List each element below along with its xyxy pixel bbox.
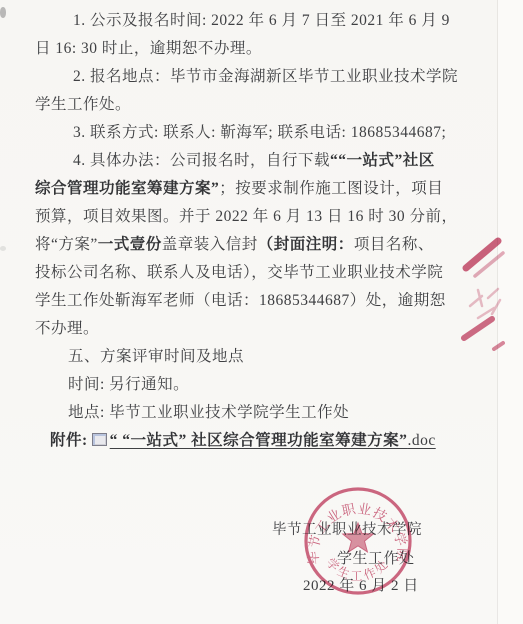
seal-bottom-text: 学生工作处 <box>323 555 392 583</box>
body-text: 五、方案评审时间及地点 <box>68 348 244 365</box>
document-line: 1. 公示及报名时间: 2022 年 6 月 7 日至 2021 年 6 月 9 <box>35 7 483 35</box>
body-text: 时间: 另行通知。 <box>68 376 189 393</box>
body-text: 投标公司名称、联系人及电话），交毕节工业职业技术学院 <box>35 264 443 281</box>
body-text: 3. 联系方式: 联系人: 靳海军; 联系电话: 18685344687; <box>73 124 446 141</box>
document-line: 综合管理功能室筹建方案”；按要求制作施工图设计，项目 <box>35 175 483 203</box>
document-line: 2. 报名地点：毕节市金海湖新区毕节工业职业技术学院 <box>35 63 483 91</box>
body-text: ；按要求制作施工图设计，项目 <box>219 180 443 197</box>
document-line: 地点: 毕节工业职业技术学院学生工作处 <box>35 399 483 427</box>
seal-star-icon <box>343 523 373 552</box>
attachment-line: 附件:“ “一站式” 社区综合管理功能室筹建方案”.doc <box>35 427 483 455</box>
section-heading: 五、方案评审时间及地点 <box>35 343 483 371</box>
svg-text:学生工作处: 学生工作处 <box>323 555 392 583</box>
body-text-bold: ““一站式”社区 <box>330 152 435 169</box>
attachment-label: 附件: <box>50 432 88 449</box>
partial-edge-seal <box>458 222 516 354</box>
body-text: 2. 报名地点：毕节市金海湖新区毕节工业职业技术学院 <box>73 68 458 85</box>
document-line: 3. 联系方式: 联系人: 靳海军; 联系电话: 18685344687; <box>35 119 483 147</box>
body-text: 学生工作处。 <box>35 96 131 113</box>
body-text: 不办理。 <box>35 320 99 337</box>
body-text: 盖章装入信封 <box>162 236 258 253</box>
body-text-bold: （封面注明： <box>258 236 354 253</box>
body-text: 预算，项目效果图。并于 2022 年 6 月 13 日 16 时 30 分前， <box>35 208 458 225</box>
document-line: 投标公司名称、联系人及电话），交毕节工业职业技术学院 <box>35 259 483 287</box>
scanned-document-page: 1. 公示及报名时间: 2022 年 6 月 7 日至 2021 年 6 月 9… <box>0 0 523 624</box>
body-text: 学生工作处靳海军老师（电话：18685344687）处，逾期恕 <box>35 292 446 309</box>
document-line: 日 16: 30 时止，逾期恕不办理。 <box>35 35 483 63</box>
body-text: 地点: 毕节工业职业技术学院学生工作处 <box>68 404 349 421</box>
attachment-extension: .doc <box>407 432 435 449</box>
document-line: 预算，项目效果图。并于 2022 年 6 月 13 日 16 时 30 分前， <box>35 203 483 231</box>
body-text: 项目名称、 <box>354 236 434 253</box>
body-text: 日 16: 30 时止，逾期恕不办理。 <box>35 40 262 57</box>
document-line: 4. 具体办法：公司报名时，自行下载““一站式”社区 <box>35 147 483 175</box>
body-text-bold: 综合管理功能室筹建方案” <box>35 180 219 197</box>
document-line: 学生工作处靳海军老师（电话：18685344687）处，逾期恕 <box>35 287 483 315</box>
attachment-name: “ “一站式” 社区综合管理功能室筹建方案” <box>110 432 408 449</box>
body-text: 1. 公示及报名时间: 2022 年 6 月 7 日至 2021 年 6 月 9 <box>73 12 450 29</box>
attachment-link[interactable]: “ “一站式” 社区综合管理功能室筹建方案”.doc <box>110 432 436 449</box>
document-line: 学生工作处。 <box>35 91 483 119</box>
document-body: 1. 公示及报名时间: 2022 年 6 月 7 日至 2021 年 6 月 9… <box>0 7 523 455</box>
doc-file-icon <box>92 433 107 446</box>
official-seal: 毕节工业职业技术学院 学生工作处 <box>292 482 424 604</box>
body-text: 4. 具体办法：公司报名时，自行下载 <box>73 152 330 169</box>
document-line: 将“方案”一式壹份盖章装入信封（封面注明：项目名称、 <box>35 231 483 259</box>
document-line: 时间: 另行通知。 <box>35 371 483 399</box>
document-line: 不办理。 <box>35 315 483 343</box>
body-text: 将“方案” <box>35 236 98 253</box>
body-text-bold: 一式壹份 <box>98 236 162 253</box>
